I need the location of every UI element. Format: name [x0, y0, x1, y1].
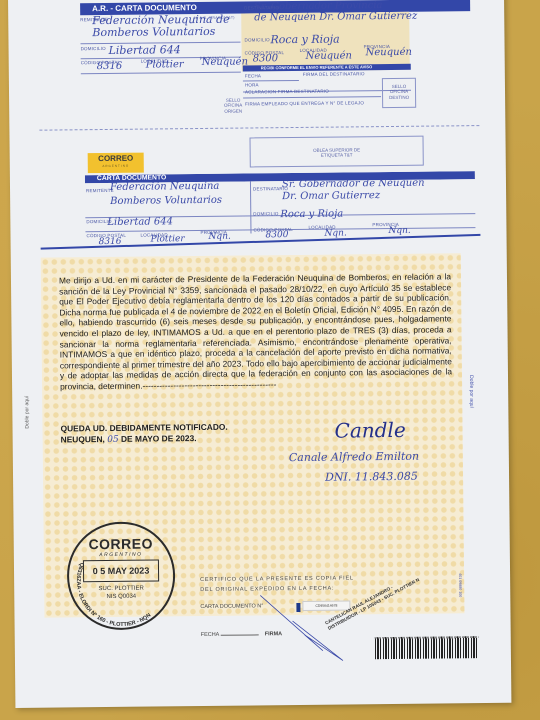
svg-text:Q8316ZAA - ELORDI N° 160 - PLO: Q8316ZAA - ELORDI N° 160 - PLOTTIER - NQ…: [75, 561, 153, 629]
cd-recipient-address: Roca y Rioja: [280, 209, 343, 221]
cd-recipient-postal-code: 8300: [265, 230, 288, 240]
cd-sender-province: Nqn.: [208, 232, 230, 242]
ar-recipient-province: Neuquén: [366, 47, 412, 58]
carta-documento-sheet: A.R. - CARTA DOCUMENTO REMITENTE N° A.R.…: [8, 0, 511, 708]
ar-sender-name: Federación Neuquina de Bomberos Voluntar…: [92, 14, 230, 39]
cd-recipient-province: Nqn.: [388, 226, 410, 236]
ar-origin-seal: SELLO OFICINA ORIGEN: [223, 98, 243, 114]
correo-logo: CORREO ARGENTINO: [88, 153, 144, 174]
ar-recipient-locality: Neuquén: [306, 50, 352, 61]
fold-mark-right: Doble por aquí: [468, 375, 474, 408]
cd-sender-name: Federación Neuquina Bomberos Voluntarios: [110, 180, 222, 209]
ar-recipient-postal-code: 8300: [253, 53, 279, 64]
signer-dni: DNI. 11.843.085: [325, 470, 418, 484]
barcode: [375, 636, 479, 659]
letter-body: Me dirijo a Ud. en mi carácter de Presid…: [59, 271, 452, 392]
ar-sender-locality: Plottier: [146, 59, 184, 70]
ar-recipient-address: Roca y Rioja: [270, 33, 339, 47]
perforation-line: [39, 125, 479, 131]
vertical-serial: 401 09880 100: [458, 573, 462, 597]
cd-sender-address: Libertad 644: [107, 216, 173, 228]
signer-name: Canale Alfredo Emilton: [289, 450, 419, 464]
notice-line: QUEDA UD. DEBIDAMENTE NOTIFICADO.: [60, 422, 227, 434]
notice-day: 05: [107, 435, 119, 445]
ar-sender-address: Libertad 644: [109, 43, 181, 57]
postmark-stamp: CORREO ARGENTINO 0 5 MAY 2023 SUC. PLOTT…: [67, 521, 176, 630]
ar-address-label: DOMICILIO: [81, 46, 106, 51]
notice-date: NEUQUEN, 05 DE MAYO DE 2023.: [61, 433, 197, 445]
ar-sender-postal-code: 8316: [97, 61, 123, 72]
cd-recipient-name: Sr. Gobernador de Neuquén Dr. Omar Gutie…: [282, 178, 425, 203]
fold-mark-left: Doble por aquí: [24, 396, 30, 429]
cert-date-label: FECHA: [201, 631, 259, 638]
ar-recipient-name: Sr. Gobernador Provincia de Neuquén Dr. …: [254, 0, 417, 23]
ar-title: A.R. - CARTA DOCUMENTO: [92, 3, 197, 13]
signature: Candle: [334, 418, 405, 443]
postmark-ring-text: Q8316ZAA - ELORDI N° 160 - PLOTTIER - NQ…: [67, 521, 176, 630]
ar-sender-province: Neuquén: [202, 56, 248, 67]
ar-dest-seal: SELLO OFICINA DESTINO: [385, 84, 413, 100]
ar-receipt-banner: RECIBI CONFORME EL ENVIO REFERENTE A EST…: [243, 64, 411, 72]
